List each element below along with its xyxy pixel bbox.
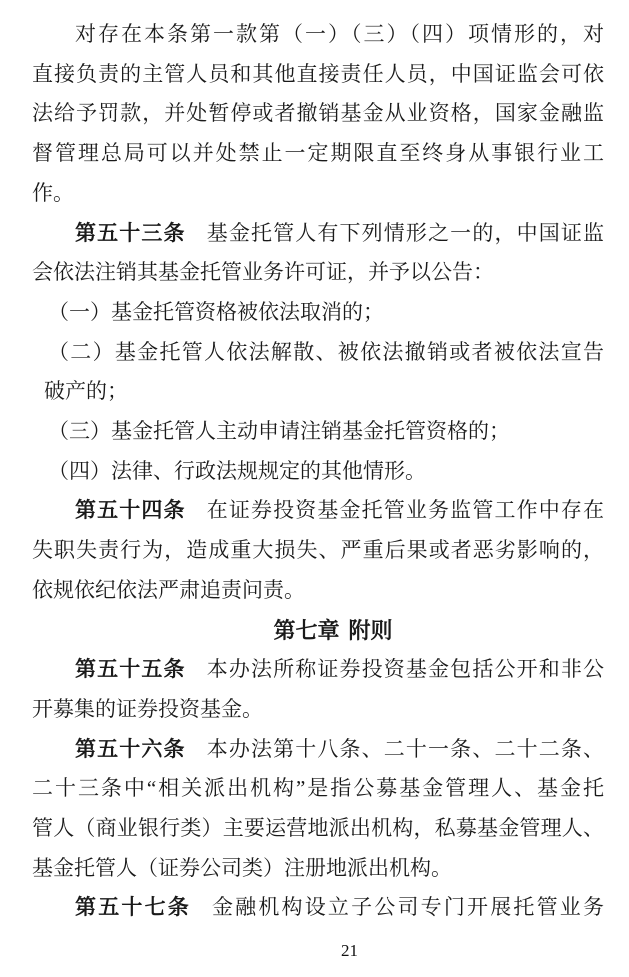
text-line: （三）基金托管人主动申请注销基金托管资格的； xyxy=(32,412,604,452)
text-line: 失职失责行为，造成重大损失、严重后果或者恶劣影响的， xyxy=(32,531,604,571)
article-number-label: 第五十四条 xyxy=(75,499,186,522)
article-number-label: 第五十三条 xyxy=(75,222,186,245)
article-text: 基金托管人有下列情形之一的，中国证监 xyxy=(207,221,604,245)
text-line: 第五十三条基金托管人有下列情形之一的，中国证监 xyxy=(32,214,604,254)
text-line: （四）法律、行政法规规定的其他情形。 xyxy=(32,452,604,492)
text-line: 直接负责的主管人员和其他直接责任人员，中国证监会可依 xyxy=(32,55,604,95)
text-line: 作。 xyxy=(32,174,604,214)
article-text: 本办法所称证券投资基金包括公开和非公 xyxy=(207,657,604,681)
article-text: 金融机构设立子公司专门开展托管业务 xyxy=(212,895,604,919)
text-line: 第五十五条本办法所称证券投资基金包括公开和非公 xyxy=(32,650,604,690)
article-number-label: 第五十七条 xyxy=(75,896,191,919)
article-number-label: 第五十六条 xyxy=(75,738,186,761)
text-line: 第五十七条金融机构设立子公司专门开展托管业务 xyxy=(32,888,604,928)
text-line: （一）基金托管资格被依法取消的； xyxy=(32,293,604,333)
article-number-label: 第五十五条 xyxy=(75,658,186,681)
page-number: 21 xyxy=(0,941,629,961)
text-line: 基金托管人（证券公司类）注册地派出机构。 xyxy=(32,849,604,889)
text-line: 对存在本条第一款第（一）（三）（四）项情形的，对 xyxy=(32,15,604,55)
chapter-heading: 第七章 附则 xyxy=(32,611,604,651)
article-text: 本办法第十八条、二十一条、二十二条、 xyxy=(207,737,604,761)
text-block: 对存在本条第一款第（一）（三）（四）项情形的，对直接负责的主管人员和其他直接责任… xyxy=(32,15,604,928)
text-line: （二）基金托管人依法解散、被依法撤销或者被依法宣告 xyxy=(32,333,604,373)
document-page: 对存在本条第一款第（一）（三）（四）项情形的，对直接负责的主管人员和其他直接责任… xyxy=(0,0,629,977)
text-line: 破产的； xyxy=(32,372,604,412)
text-line: 督管理总局可以并处禁止一定期限直至终身从事银行业工 xyxy=(32,134,604,174)
text-line: 开募集的证券投资基金。 xyxy=(32,690,604,730)
text-line: 法给予罚款，并处暂停或者撤销基金从业资格，国家金融监 xyxy=(32,94,604,134)
text-line: 依规依纪依法严肃追责问责。 xyxy=(32,571,604,611)
text-line: 第五十四条在证券投资基金托管业务监管工作中存在 xyxy=(32,491,604,531)
text-line: 会依法注销其基金托管业务许可证，并予以公告： xyxy=(32,253,604,293)
text-line: 二十三条中“相关派出机构”是指公募基金管理人、基金托 xyxy=(32,769,604,809)
text-line: 管人（商业银行类）主要运营地派出机构，私募基金管理人、 xyxy=(32,809,604,849)
text-line: 第五十六条本办法第十八条、二十一条、二十二条、 xyxy=(32,730,604,770)
article-text: 在证券投资基金托管业务监管工作中存在 xyxy=(207,498,604,522)
